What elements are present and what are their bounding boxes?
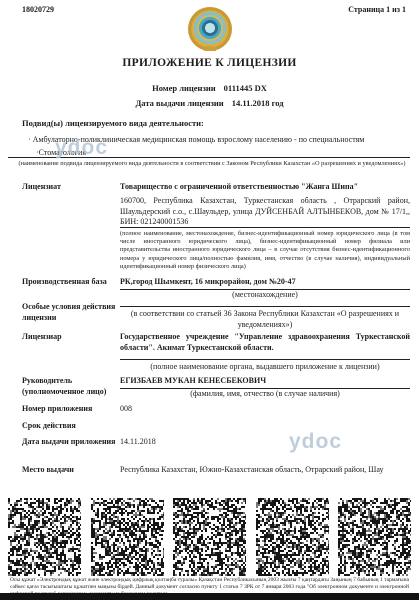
signature-stamps: [8, 498, 411, 576]
subtype-item: ·Стоматология: [36, 148, 86, 157]
licensor-caption: (полное наименование органа, выдавшего п…: [120, 359, 410, 373]
licensee-caption: (полное наименование, местонахождение, б…: [120, 227, 410, 271]
licensee-address: 160700, Республика Казахстан, Туркестанс…: [120, 196, 410, 228]
subtype-item: · Амбулаторно-поликлиническая медицинска…: [28, 135, 407, 144]
licensee-label: Лицензиат: [22, 182, 118, 193]
license-number-label: Номер лицензии: [152, 83, 216, 93]
document-title: ПРИЛОЖЕНИЕ К ЛИЦЕНЗИИ: [0, 57, 419, 69]
bottom-bar: [0, 593, 419, 600]
annex-issue-date-label: Дата выдачи приложения: [22, 437, 118, 448]
production-base-value: РК,город Шымкент, 16 микрорайон, дом №20…: [120, 277, 410, 290]
production-base-label: Производственная база: [22, 277, 118, 288]
production-base-caption: (местонахождение): [120, 290, 410, 301]
head-value: ЕГИЗБАЕВ МУКАН КЕНЕСБЕКОВИЧ: [120, 376, 410, 389]
special-conditions-caption: (в соответствии со статьей 36 Закона Рес…: [120, 306, 410, 330]
head-caption: (фамилия, имя, отчество (в случае наличи…: [120, 389, 410, 400]
license-date-value: 14.11.2018 год: [232, 98, 284, 108]
license-number-line: Номер лицензии0111445 DX: [0, 83, 419, 93]
licensor-value: Государственное учреждение "Управление з…: [120, 332, 410, 353]
document-number: 18020729: [22, 5, 54, 14]
qr-stamp: [8, 498, 81, 576]
licensee-name: Товарищество с ограниченной ответственно…: [120, 182, 410, 193]
annex-number-label: Номер приложения: [22, 404, 118, 415]
subtypes-heading: Подвид(ы) лицензируемого вида деятельнос…: [22, 118, 204, 128]
license-date-label: Дата выдачи лицензии: [135, 98, 223, 108]
qr-stamp: [338, 498, 411, 576]
licensor-label: Лицензиар: [22, 332, 118, 343]
validity-label: Срок действия: [22, 421, 118, 432]
annex-issue-date-value: 14.11.2018: [120, 437, 410, 448]
qr-stamp: [173, 498, 246, 576]
qr-stamp: [91, 498, 164, 576]
kazakhstan-emblem-icon: [188, 7, 232, 51]
special-conditions-label: Особые условия действия лицензии: [22, 302, 118, 324]
issue-place-label: Место выдачи: [22, 465, 118, 476]
license-number-value: 0111445 DX: [224, 83, 267, 93]
divider: [8, 157, 410, 158]
license-date-line: Дата выдачи лицензии14.11.2018 год: [0, 98, 419, 108]
license-annex-document: 18020729 Страница 1 из 1 ПРИЛОЖЕНИЕ К ЛИ…: [0, 0, 419, 600]
qr-stamp: [256, 498, 329, 576]
page-indicator: Страница 1 из 1: [348, 5, 406, 14]
issue-place-value: Республика Казахстан, Южно-Казахстанская…: [120, 465, 410, 476]
subtypes-caption: (наименование подвида лицензируемого вид…: [14, 160, 410, 168]
head-label: Руководитель (уполномоченное лицо): [22, 376, 118, 398]
annex-number-value: 008: [120, 404, 410, 415]
